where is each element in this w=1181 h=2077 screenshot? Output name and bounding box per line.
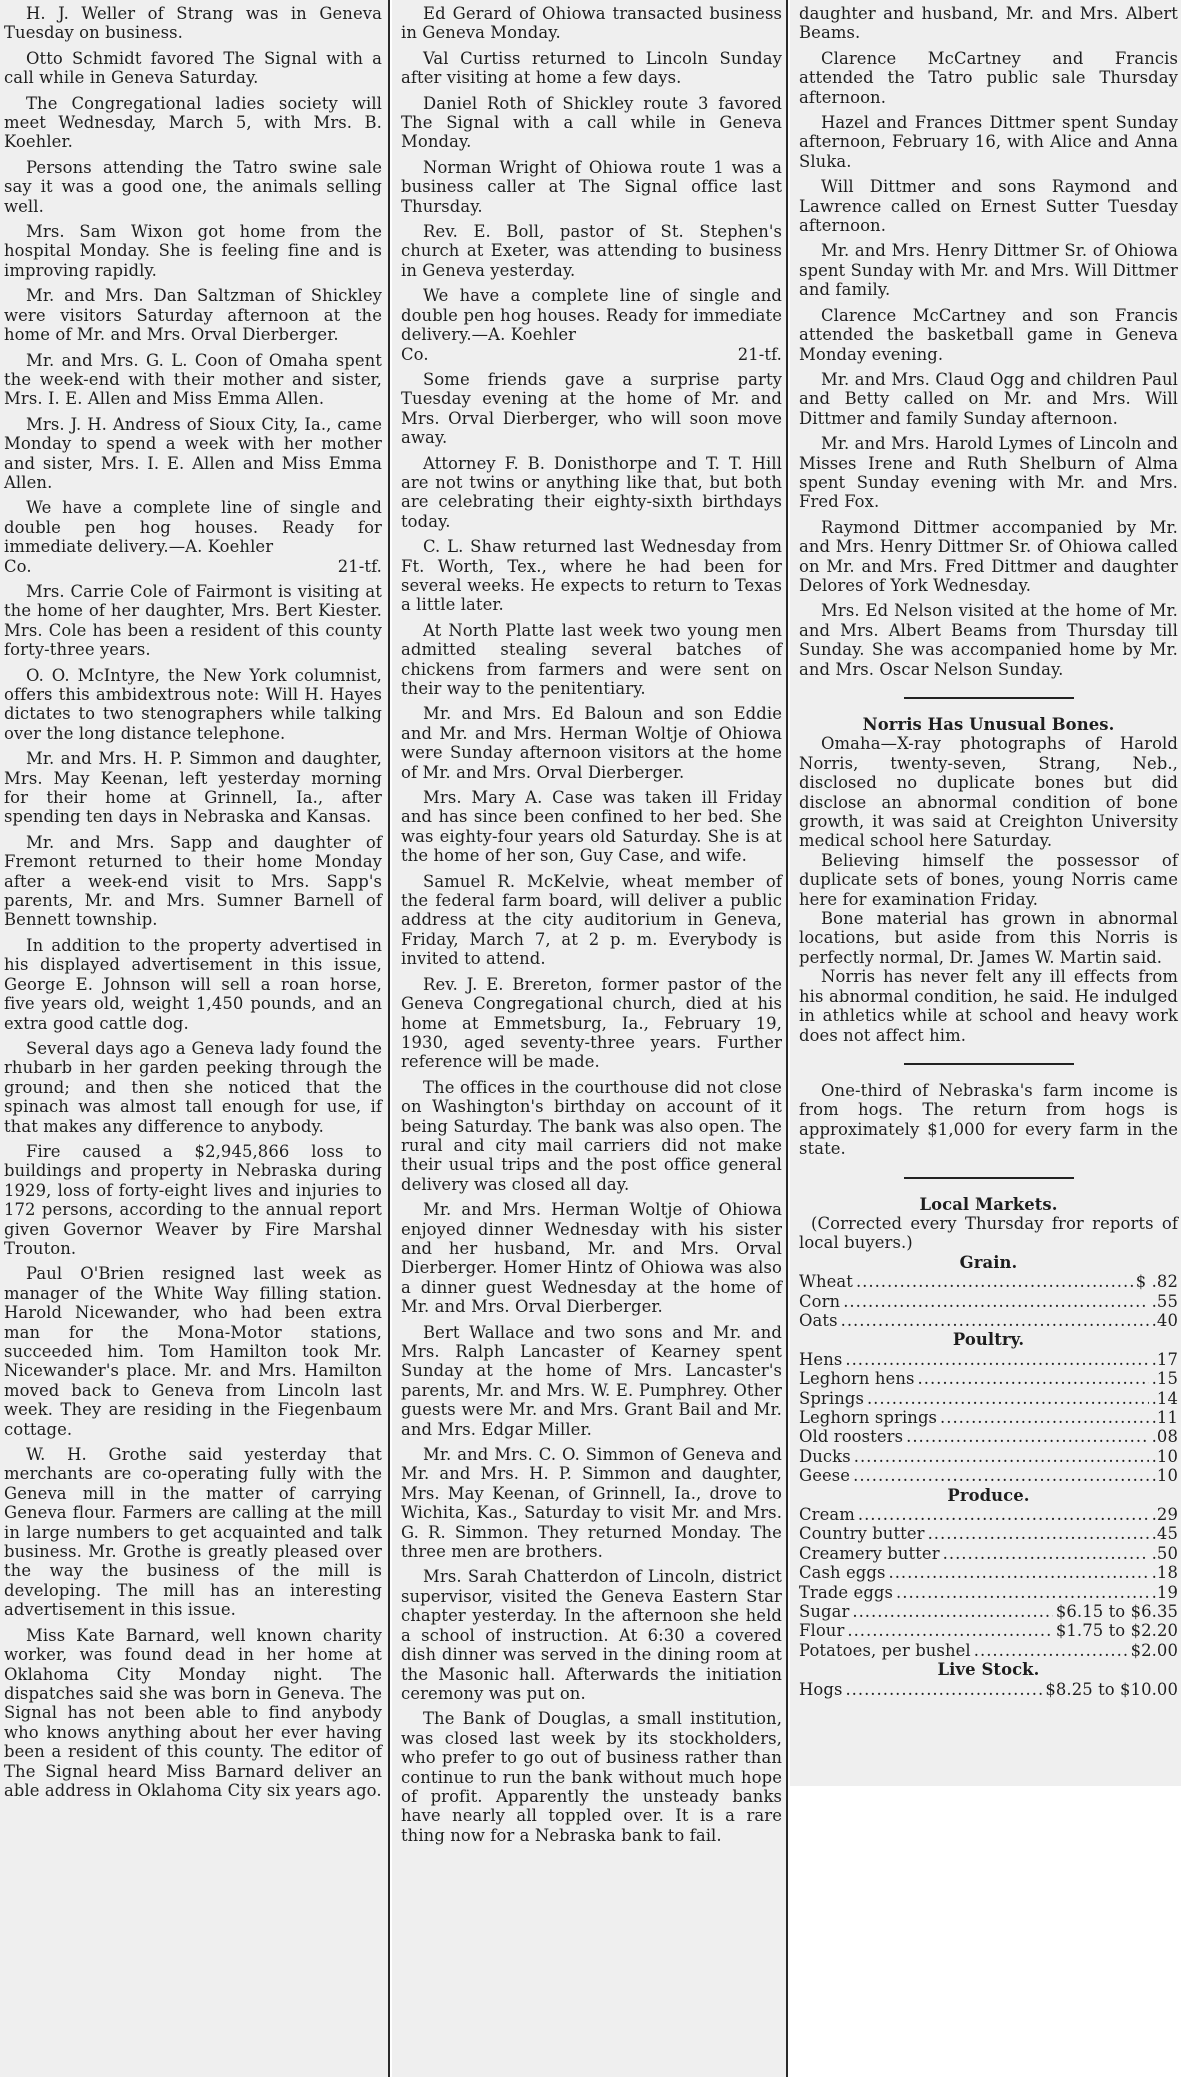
market-item: Corn xyxy=(799,1292,840,1311)
leader-dots xyxy=(856,1272,1133,1291)
market-item: Potatoes, per bushel xyxy=(799,1641,971,1660)
article-headline: Norris Has Unusual Bones. xyxy=(799,715,1178,734)
news-item: Rev. E. Boll, pastor of St. Stephen's ch… xyxy=(401,222,782,280)
market-row: Wheat$ .82 xyxy=(799,1272,1178,1291)
news-item: Otto Schmidt favored The Signal with a c… xyxy=(4,49,382,88)
section-divider xyxy=(904,1177,1074,1179)
market-price: $8.25 to $10.00 xyxy=(1045,1680,1178,1699)
market-item: Geese xyxy=(799,1466,850,1485)
news-item: Fire caused a $2,945,866 loss to buildin… xyxy=(4,1142,382,1258)
market-row: Old roosters.08 xyxy=(799,1427,1178,1446)
section-divider xyxy=(904,697,1074,699)
market-item: Sugar xyxy=(799,1602,849,1621)
news-item: daughter and husband, Mr. and Mrs. Alber… xyxy=(799,4,1178,43)
column-2: Ed Gerard of Ohiowa transacted business … xyxy=(392,0,786,2077)
column-rule xyxy=(388,0,390,2077)
leader-dots xyxy=(867,1389,1149,1408)
market-item: Oats xyxy=(799,1311,838,1330)
news-item: Miss Kate Barnard, well known charity wo… xyxy=(4,1626,382,1801)
market-item: Hens xyxy=(799,1350,842,1369)
signature-left: Co. xyxy=(401,345,429,364)
news-item: We have a complete line of single and do… xyxy=(4,498,382,556)
news-item: Persons attending the Tatro swine sale s… xyxy=(4,158,382,216)
article-paragraph: Believing himself the possessor of dupli… xyxy=(799,851,1178,909)
market-section-title: Live Stock. xyxy=(799,1660,1178,1679)
news-item: Samuel R. McKelvie, wheat member of the … xyxy=(401,872,782,969)
market-item: Leghorn hens xyxy=(799,1369,915,1388)
item-signature: Co.21-tf. xyxy=(401,345,782,364)
news-item: Mrs. Mary A. Case was taken ill Friday a… xyxy=(401,788,782,866)
market-price: .40 xyxy=(1152,1311,1178,1330)
market-row: Potatoes, per bushel$2.00 xyxy=(799,1641,1178,1660)
market-item: Country butter xyxy=(799,1524,925,1543)
market-row: Sugar$6.15 to $6.35 xyxy=(799,1602,1178,1621)
news-item: Mr. and Mrs. Henry Dittmer Sr. of Ohiowa… xyxy=(799,241,1178,299)
news-item: Mr. and Mrs. C. O. Simmon of Geneva and … xyxy=(401,1445,782,1561)
leader-dots xyxy=(853,1466,1149,1485)
blank-area xyxy=(790,1786,1181,2077)
market-section-title: Produce. xyxy=(799,1486,1178,1505)
market-row: Ducks.10 xyxy=(799,1447,1178,1466)
article-paragraph: Norris has never felt any ill effects fr… xyxy=(799,967,1178,1045)
news-item: Mrs. J. H. Andress of Sioux City, Ia., c… xyxy=(4,415,382,493)
market-price: .50 xyxy=(1152,1544,1178,1563)
markets-table: Grain.Wheat$ .82Corn.55Oats.40Poultry.He… xyxy=(799,1253,1178,1699)
market-row: Geese.10 xyxy=(799,1466,1178,1485)
market-item: Cash eggs xyxy=(799,1563,886,1582)
news-item: Mr. and Mrs. Herman Woltje of Ohiowa enj… xyxy=(401,1200,782,1316)
market-row: Hens.17 xyxy=(799,1350,1178,1369)
market-item: Ducks xyxy=(799,1447,851,1466)
markets-title: Local Markets. xyxy=(799,1195,1178,1214)
market-price: .45 xyxy=(1152,1524,1178,1543)
news-item: Hazel and Frances Dittmer spent Sunday a… xyxy=(799,113,1178,171)
news-item: Val Curtiss returned to Lincoln Sunday a… xyxy=(401,49,782,88)
signature-right: 21-tf. xyxy=(338,557,382,576)
article-paragraph: Bone material has grown in abnormal loca… xyxy=(799,909,1178,967)
leader-dots xyxy=(854,1447,1149,1466)
leader-dots xyxy=(896,1583,1149,1602)
market-row: Cream.29 xyxy=(799,1505,1178,1524)
leader-dots xyxy=(928,1524,1149,1543)
market-price: .10 xyxy=(1152,1466,1178,1485)
news-item: Mr. and Mrs. Dan Saltzman of Shickley we… xyxy=(4,286,382,344)
market-price: .29 xyxy=(1152,1505,1178,1524)
article-paragraph: Omaha—X-ray photographs of Harold Norris… xyxy=(799,734,1178,850)
news-item: Mr. and Mrs. H. P. Simmon and daughter, … xyxy=(4,749,382,827)
column-1: H. J. Weller of Strang was in Geneva Tue… xyxy=(0,0,388,2077)
signature-right: 21-tf. xyxy=(738,345,782,364)
market-row: Cash eggs.18 xyxy=(799,1563,1178,1582)
leader-dots xyxy=(943,1544,1149,1563)
market-row: Country butter.45 xyxy=(799,1524,1178,1543)
market-price: .10 xyxy=(1152,1447,1178,1466)
market-price: $ .82 xyxy=(1136,1272,1178,1291)
market-row: Corn.55 xyxy=(799,1292,1178,1311)
news-item: Will Dittmer and sons Raymond and Lawren… xyxy=(799,177,1178,235)
market-price: $1.75 to $2.20 xyxy=(1056,1621,1178,1640)
leader-dots xyxy=(841,1311,1149,1330)
news-item: Some friends gave a surprise party Tuesd… xyxy=(401,370,782,448)
leader-dots xyxy=(845,1350,1148,1369)
market-section-title: Grain. xyxy=(799,1253,1178,1272)
news-item: W. H. Grothe said yesterday that merchan… xyxy=(4,1445,382,1620)
news-item: Mrs. Sarah Chatterdon of Lincoln, distri… xyxy=(401,1567,782,1703)
market-price: .17 xyxy=(1152,1350,1178,1369)
news-item: At North Platte last week two young men … xyxy=(401,621,782,699)
news-item: In addition to the property advertised i… xyxy=(4,936,382,1033)
markets-note: (Corrected every Thursday fror reports o… xyxy=(799,1214,1178,1253)
leader-dots xyxy=(906,1427,1149,1446)
newspaper-page: H. J. Weller of Strang was in Geneva Tue… xyxy=(0,0,1181,2077)
market-row: Trade eggs.19 xyxy=(799,1583,1178,1602)
leader-dots xyxy=(843,1292,1148,1311)
market-item: Springs xyxy=(799,1389,864,1408)
news-item: The Bank of Douglas, a small institution… xyxy=(401,1709,782,1845)
market-price: .55 xyxy=(1152,1292,1178,1311)
market-item: Creamery butter xyxy=(799,1544,940,1563)
news-item: Mrs. Ed Nelson visited at the home of Mr… xyxy=(799,601,1178,679)
market-item: Leghorn springs xyxy=(799,1408,937,1427)
leader-dots xyxy=(845,1680,1042,1699)
news-item: Mr. and Mrs. G. L. Coon of Omaha spent t… xyxy=(4,351,382,409)
news-item: Clarence McCartney and Francis attended … xyxy=(799,49,1178,107)
column-3: daughter and husband, Mr. and Mrs. Alber… xyxy=(790,0,1181,1786)
news-item: Attorney F. B. Donisthorpe and T. T. Hil… xyxy=(401,454,782,532)
news-item: Daniel Roth of Shickley route 3 favored … xyxy=(401,94,782,152)
market-item: Flour xyxy=(799,1621,844,1640)
section-divider xyxy=(904,1063,1074,1065)
news-item: Bert Wallace and two sons and Mr. and Mr… xyxy=(401,1323,782,1439)
leader-dots xyxy=(940,1408,1149,1427)
news-item: H. J. Weller of Strang was in Geneva Tue… xyxy=(4,4,382,43)
leader-dots xyxy=(847,1621,1053,1640)
filler-item: One-third of Nebraska's farm income is f… xyxy=(799,1081,1178,1159)
news-item: We have a complete line of single and do… xyxy=(401,286,782,344)
market-item: Wheat xyxy=(799,1272,853,1291)
market-price: .08 xyxy=(1152,1427,1178,1446)
news-item: Norman Wright of Ohiowa route 1 was a bu… xyxy=(401,158,782,216)
market-row: Flour$1.75 to $2.20 xyxy=(799,1621,1178,1640)
news-item: Several days ago a Geneva lady found the… xyxy=(4,1039,382,1136)
leader-dots xyxy=(858,1505,1149,1524)
market-price: $2.00 xyxy=(1131,1641,1178,1660)
leader-dots xyxy=(852,1602,1052,1621)
article-body: Omaha—X-ray photographs of Harold Norris… xyxy=(799,734,1178,1045)
market-row: Leghorn springs.11 xyxy=(799,1408,1178,1427)
leader-dots xyxy=(889,1563,1149,1582)
market-price: .19 xyxy=(1152,1583,1178,1602)
news-item: The offices in the courthouse did not cl… xyxy=(401,1078,782,1194)
news-item: Mr. and Mrs. Harold Lymes of Lincoln and… xyxy=(799,434,1178,512)
market-item: Trade eggs xyxy=(799,1583,893,1602)
market-item: Cream xyxy=(799,1505,855,1524)
market-row: Oats.40 xyxy=(799,1311,1178,1330)
news-item: The Congregational ladies society will m… xyxy=(4,94,382,152)
market-section-title: Poultry. xyxy=(799,1330,1178,1349)
market-row: Hogs$8.25 to $10.00 xyxy=(799,1680,1178,1699)
market-item: Hogs xyxy=(799,1680,842,1699)
market-row: Creamery butter.50 xyxy=(799,1544,1178,1563)
news-item: Mrs. Sam Wixon got home from the hospita… xyxy=(4,222,382,280)
news-item: Clarence McCartney and son Francis atten… xyxy=(799,306,1178,364)
news-item: Mr. and Mrs. Claud Ogg and children Paul… xyxy=(799,370,1178,428)
news-item: Mrs. Carrie Cole of Fairmont is visiting… xyxy=(4,582,382,660)
news-item: Rev. J. E. Brereton, former pastor of th… xyxy=(401,975,782,1072)
market-price: .18 xyxy=(1152,1563,1178,1582)
news-item: C. L. Shaw returned last Wednesday from … xyxy=(401,537,782,615)
market-price: .15 xyxy=(1152,1369,1178,1388)
market-price: .11 xyxy=(1152,1408,1178,1427)
market-price: .14 xyxy=(1152,1389,1178,1408)
item-signature: Co.21-tf. xyxy=(4,557,382,576)
market-item: Old roosters xyxy=(799,1427,903,1446)
news-item: Mr. and Mrs. Sapp and daughter of Fremon… xyxy=(4,833,382,930)
news-item: Mr. and Mrs. Ed Baloun and son Eddie and… xyxy=(401,704,782,782)
market-price: $6.15 to $6.35 xyxy=(1056,1602,1178,1621)
market-row: Leghorn hens.15 xyxy=(799,1369,1178,1388)
news-item: Raymond Dittmer accompanied by Mr. and M… xyxy=(799,518,1178,596)
news-item: Ed Gerard of Ohiowa transacted business … xyxy=(401,4,782,43)
leader-dots xyxy=(974,1641,1128,1660)
signature-left: Co. xyxy=(4,557,32,576)
market-row: Springs.14 xyxy=(799,1389,1178,1408)
news-item: O. O. McIntyre, the New York columnist, … xyxy=(4,666,382,744)
news-item: Paul O'Brien resigned last week as manag… xyxy=(4,1264,382,1439)
column-rule xyxy=(786,0,788,2077)
leader-dots xyxy=(918,1369,1149,1388)
